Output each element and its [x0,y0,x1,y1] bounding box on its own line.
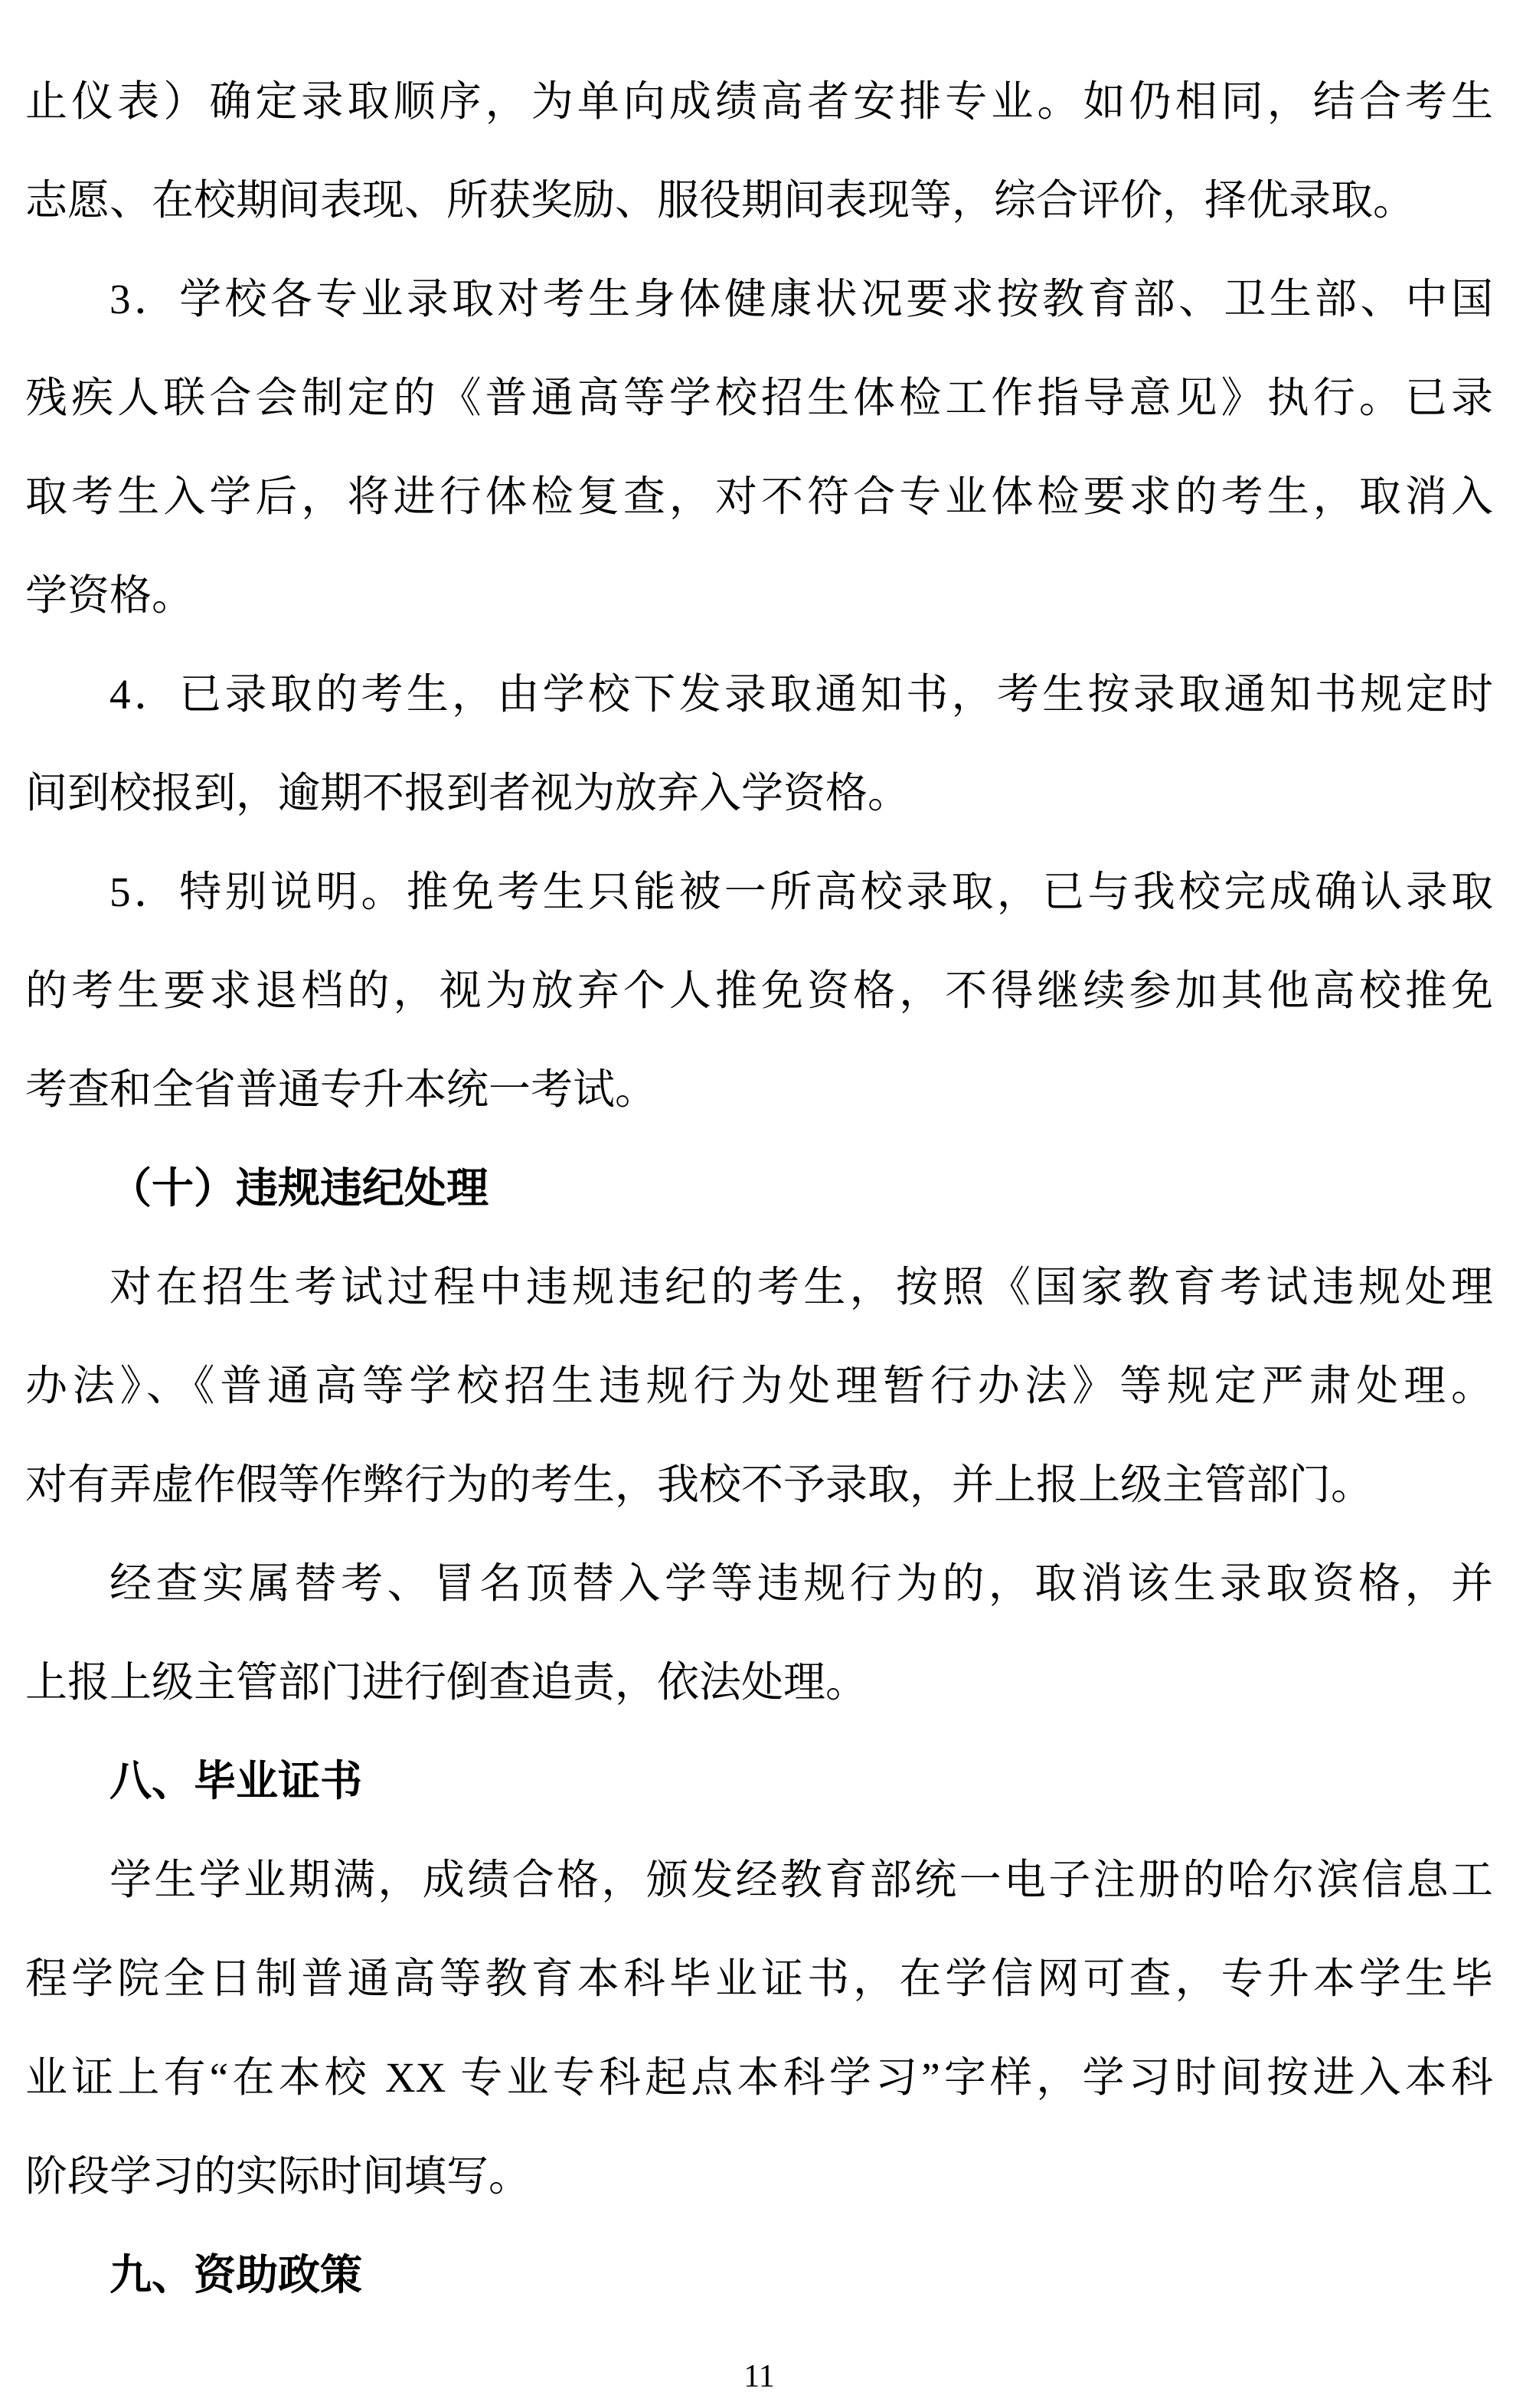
text-line: 考查和全省普通专升本统一考试。 [25,1040,1493,1139]
section-heading-9: 九、资助政策 [25,2226,1493,2325]
text-line: 上报上级主管部门进行倒查追责，依法处理。 [25,1633,1493,1732]
text-line: 办法》、《普通高等学校招生违规行为处理暂行办法》等规定严肃处理。 [25,1337,1493,1435]
text-line: 取考生入学后，将进行体检复查，对不符合专业体检要求的考生，取消入 [25,447,1493,546]
section-heading: 八、毕业证书 [25,1732,1493,1831]
text-line: 学生学业期满，成绩合格，颁发经教育部统一电子注册的哈尔滨信息工 [25,1831,1493,1929]
text-line: 学资格。 [25,546,1493,645]
text-line: 3．学校各专业录取对考生身体健康状况要求按教育部、卫生部、中国 [25,250,1493,348]
page-footer: 11 [25,2357,1493,2396]
text-line: 残疾人联合会制定的《普通高等学校招生体检工作指导意见》执行。已录 [25,348,1493,447]
text-line: 经查实属替考、冒名顶替入学等违规行为的，取消该生录取资格，并 [25,1534,1493,1633]
text-line: 对有弄虚作假等作弊行为的考生，我校不予录取，并上报上级主管部门。 [25,1435,1493,1534]
page-number: 11 [743,2359,774,2394]
numbered-paragraph-3: 3．学校各专业录取对考生身体健康状况要求按教育部、卫生部、中国 残疾人联合会制定… [25,250,1493,645]
section-heading: 九、资助政策 [25,2226,1493,2325]
section-heading-8: 八、毕业证书 [25,1732,1493,1831]
numbered-paragraph-5: 5．特别说明。推免考生只能被一所高校录取，已与我校完成确认录取 的考生要求退档的… [25,842,1493,1139]
text-line: 阶段学习的实际时间填写。 [25,2127,1493,2226]
text-line: 4．已录取的考生，由学校下发录取通知书，考生按录取通知书规定时 [25,645,1493,744]
text-line: 业证上有“在本校 XX 专业专科起点本科学习”字样，学习时间按进入本科 [25,2028,1493,2127]
text-line: 对在招生考试过程中违规违纪的考生，按照《国家教育考试违规处理 [25,1238,1493,1337]
text-line: 程学院全日制普通高等教育本科毕业证书，在学信网可查，专升本学生毕 [25,1929,1493,2028]
text-line: 止仪表）确定录取顺序，为单向成绩高者安排专业。如仍相同，结合考生 [25,52,1493,151]
text-line: 5．特别说明。推免考生只能被一所高校录取，已与我校完成确认录取 [25,842,1493,941]
sub-section-heading-10: （十）违规违纪处理 [25,1139,1493,1238]
document-page: 止仪表）确定录取顺序，为单向成绩高者安排专业。如仍相同，结合考生 志愿、在校期间… [0,0,1536,2408]
paragraph-violation-rules: 对在招生考试过程中违规违纪的考生，按照《国家教育考试违规处理 办法》、《普通高等… [25,1238,1493,1534]
paragraph-continuation: 止仪表）确定录取顺序，为单向成绩高者安排专业。如仍相同，结合考生 志愿、在校期间… [25,52,1493,250]
paragraph-diploma: 学生学业期满，成绩合格，颁发经教育部统一电子注册的哈尔滨信息工 程学院全日制普通… [25,1831,1493,2226]
numbered-paragraph-4: 4．已录取的考生，由学校下发录取通知书，考生按录取通知书规定时 间到校报到，逾期… [25,645,1493,842]
text-line: 志愿、在校期间表现、所获奖励、服役期间表现等，综合评价，择优录取。 [25,151,1493,250]
section-heading: （十）违规违纪处理 [25,1139,1493,1238]
text-line: 间到校报到，逾期不报到者视为放弃入学资格。 [25,744,1493,842]
paragraph-impersonation: 经查实属替考、冒名顶替入学等违规行为的，取消该生录取资格，并 上报上级主管部门进… [25,1534,1493,1732]
text-line: 的考生要求退档的，视为放弃个人推免资格，不得继续参加其他高校推免 [25,941,1493,1040]
